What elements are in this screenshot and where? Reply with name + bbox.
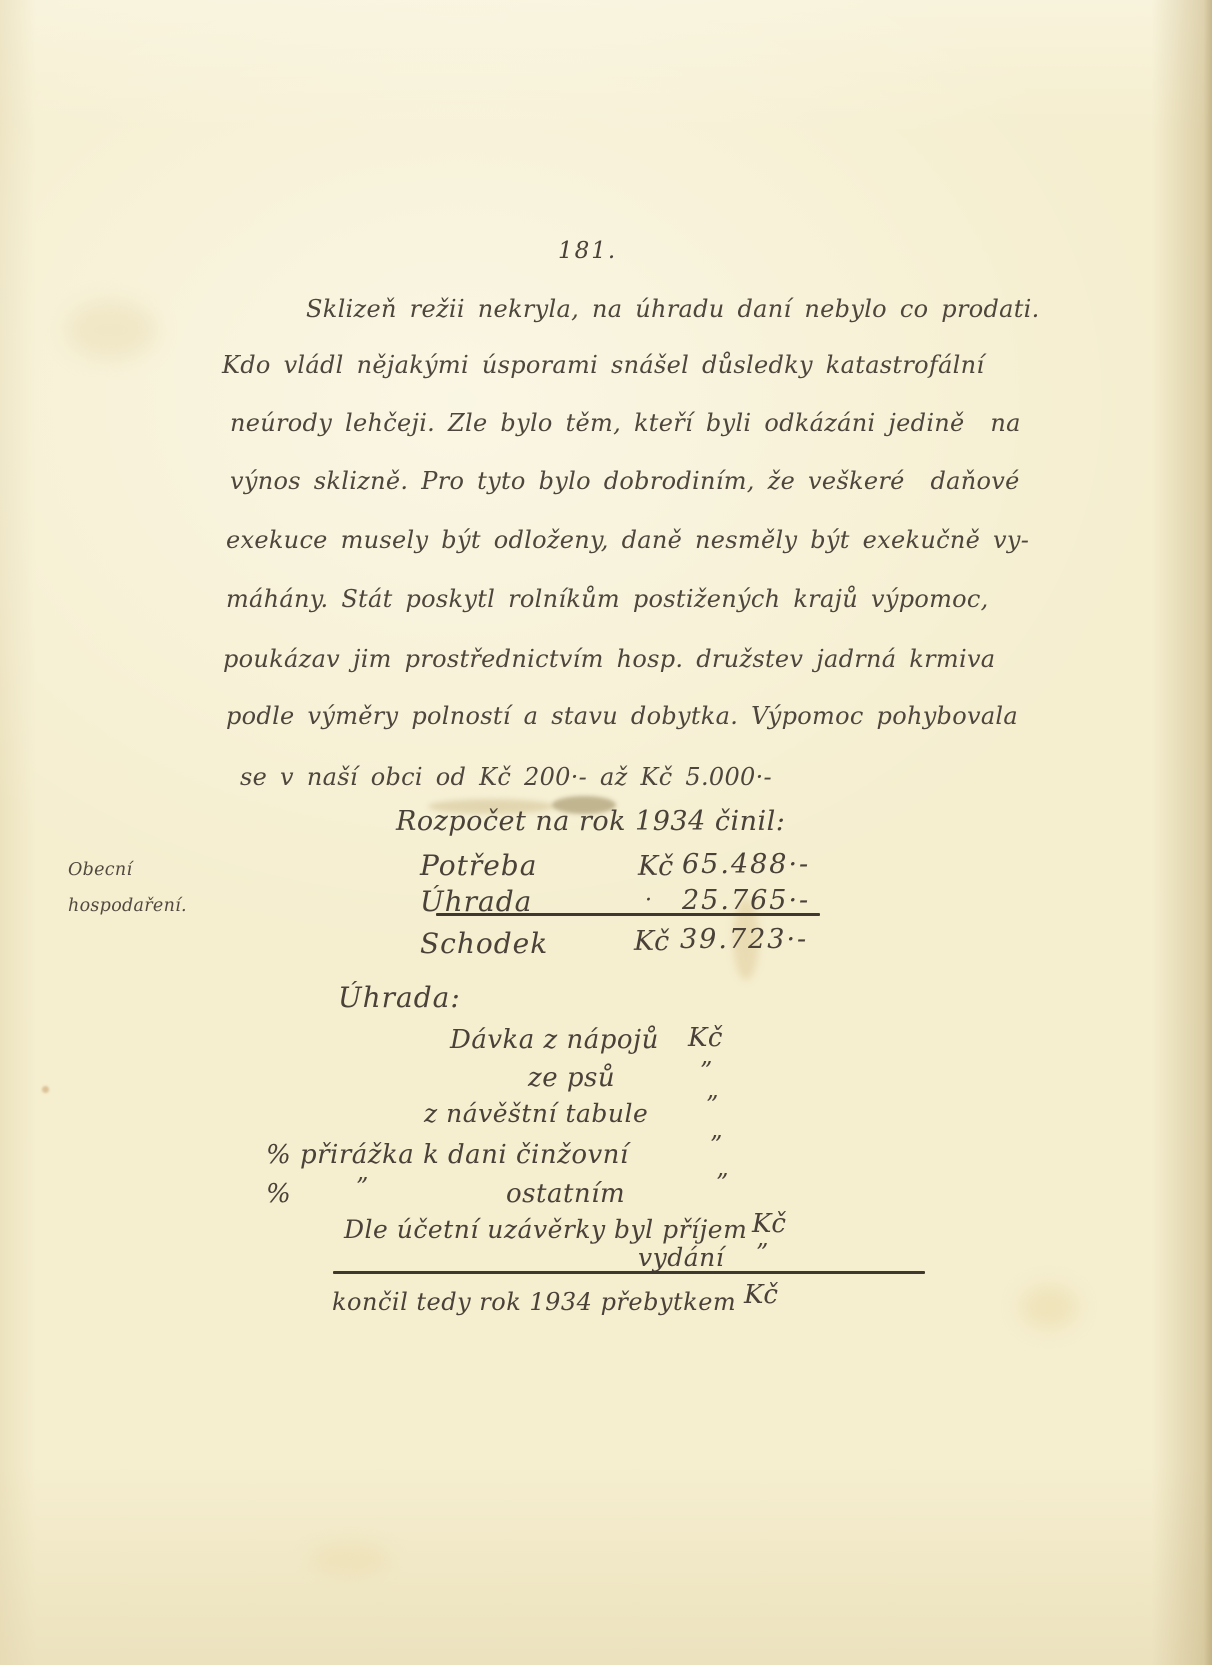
chronicle-page-scan: 181. Sklizeň režii nekryla, na úhradu da… [0, 0, 1212, 1665]
budget-row-currency: Kč [634, 926, 669, 957]
surplus-label: končil tedy rok 1934 přebytkem [332, 1289, 736, 1317]
paragraph-line: poukázav jim prostřednictvím hosp. družs… [223, 646, 995, 674]
paper-stain [310, 1542, 390, 1576]
ditto-mark: ” [700, 1058, 712, 1086]
budget-row-amount: 39.723·- [680, 924, 808, 955]
margin-note-line: Obecní [68, 860, 132, 880]
budget-title: Rozpočet na rok 1934 činil: [396, 806, 785, 837]
item-label: % přirážka k dani činžovní [266, 1141, 629, 1171]
ditto-mark: ” [716, 1170, 728, 1198]
currency-label: Kč [752, 1210, 786, 1240]
paragraph-line: exekuce musely být odloženy, daně nesměl… [226, 527, 1029, 555]
ditto-mark: · [645, 888, 652, 913]
expense-label: vydání [638, 1244, 724, 1273]
ditto-mark: ” [710, 1132, 722, 1160]
paragraph-line: neúrody lehčeji. Zle bylo těm, kteří byl… [230, 410, 1021, 438]
budget-row-label: Potřeba [420, 850, 537, 882]
paragraph-line: podle výměry polností a stavu dobytka. V… [226, 703, 1018, 731]
paragraph-line: máhány. Stát poskytl rolníkům postiženýc… [226, 586, 989, 614]
item-label: Dávka z nápojů [450, 1026, 659, 1056]
margin-note-line: hospodaření. [68, 896, 187, 916]
item-label: ostatním [506, 1180, 625, 1210]
paper-stain [42, 1086, 49, 1093]
item-percent: % [266, 1180, 291, 1210]
paragraph-line: výnos sklizně. Pro tyto bylo dobrodiním,… [230, 468, 1020, 496]
paper-stain [66, 300, 156, 360]
budget-row-currency: Kč [638, 851, 673, 882]
sum-underline [436, 913, 820, 916]
page-number: 181. [558, 238, 617, 264]
income-label: Dle účetní uzávěrky byl příjem [344, 1216, 747, 1245]
uhrada-heading: Úhrada: [338, 982, 461, 1014]
budget-row-amount: 65.488·- [682, 849, 810, 880]
currency-label: Kč [688, 1024, 723, 1054]
ditto-mark: ” [756, 1240, 768, 1268]
paragraph-line: Sklizeň režii nekryla, na úhradu daní ne… [306, 296, 1040, 324]
ditto-mark: ” [356, 1174, 368, 1202]
item-label: ze psů [528, 1064, 615, 1094]
item-label: z návěštní tabule [424, 1100, 648, 1129]
paper-stain [1020, 1285, 1078, 1329]
paragraph-line: Kdo vládl nějakými úsporami snášel důsle… [222, 352, 984, 380]
paragraph-line: se v naší obci od Kč 200·- až Kč 5.000·- [240, 764, 772, 792]
currency-label: Kč [744, 1281, 778, 1311]
ditto-mark: ” [706, 1092, 718, 1120]
budget-row-amount: 25.765·- [682, 885, 810, 916]
budget-row-label: Schodek [420, 928, 548, 960]
total-rule [333, 1271, 925, 1274]
